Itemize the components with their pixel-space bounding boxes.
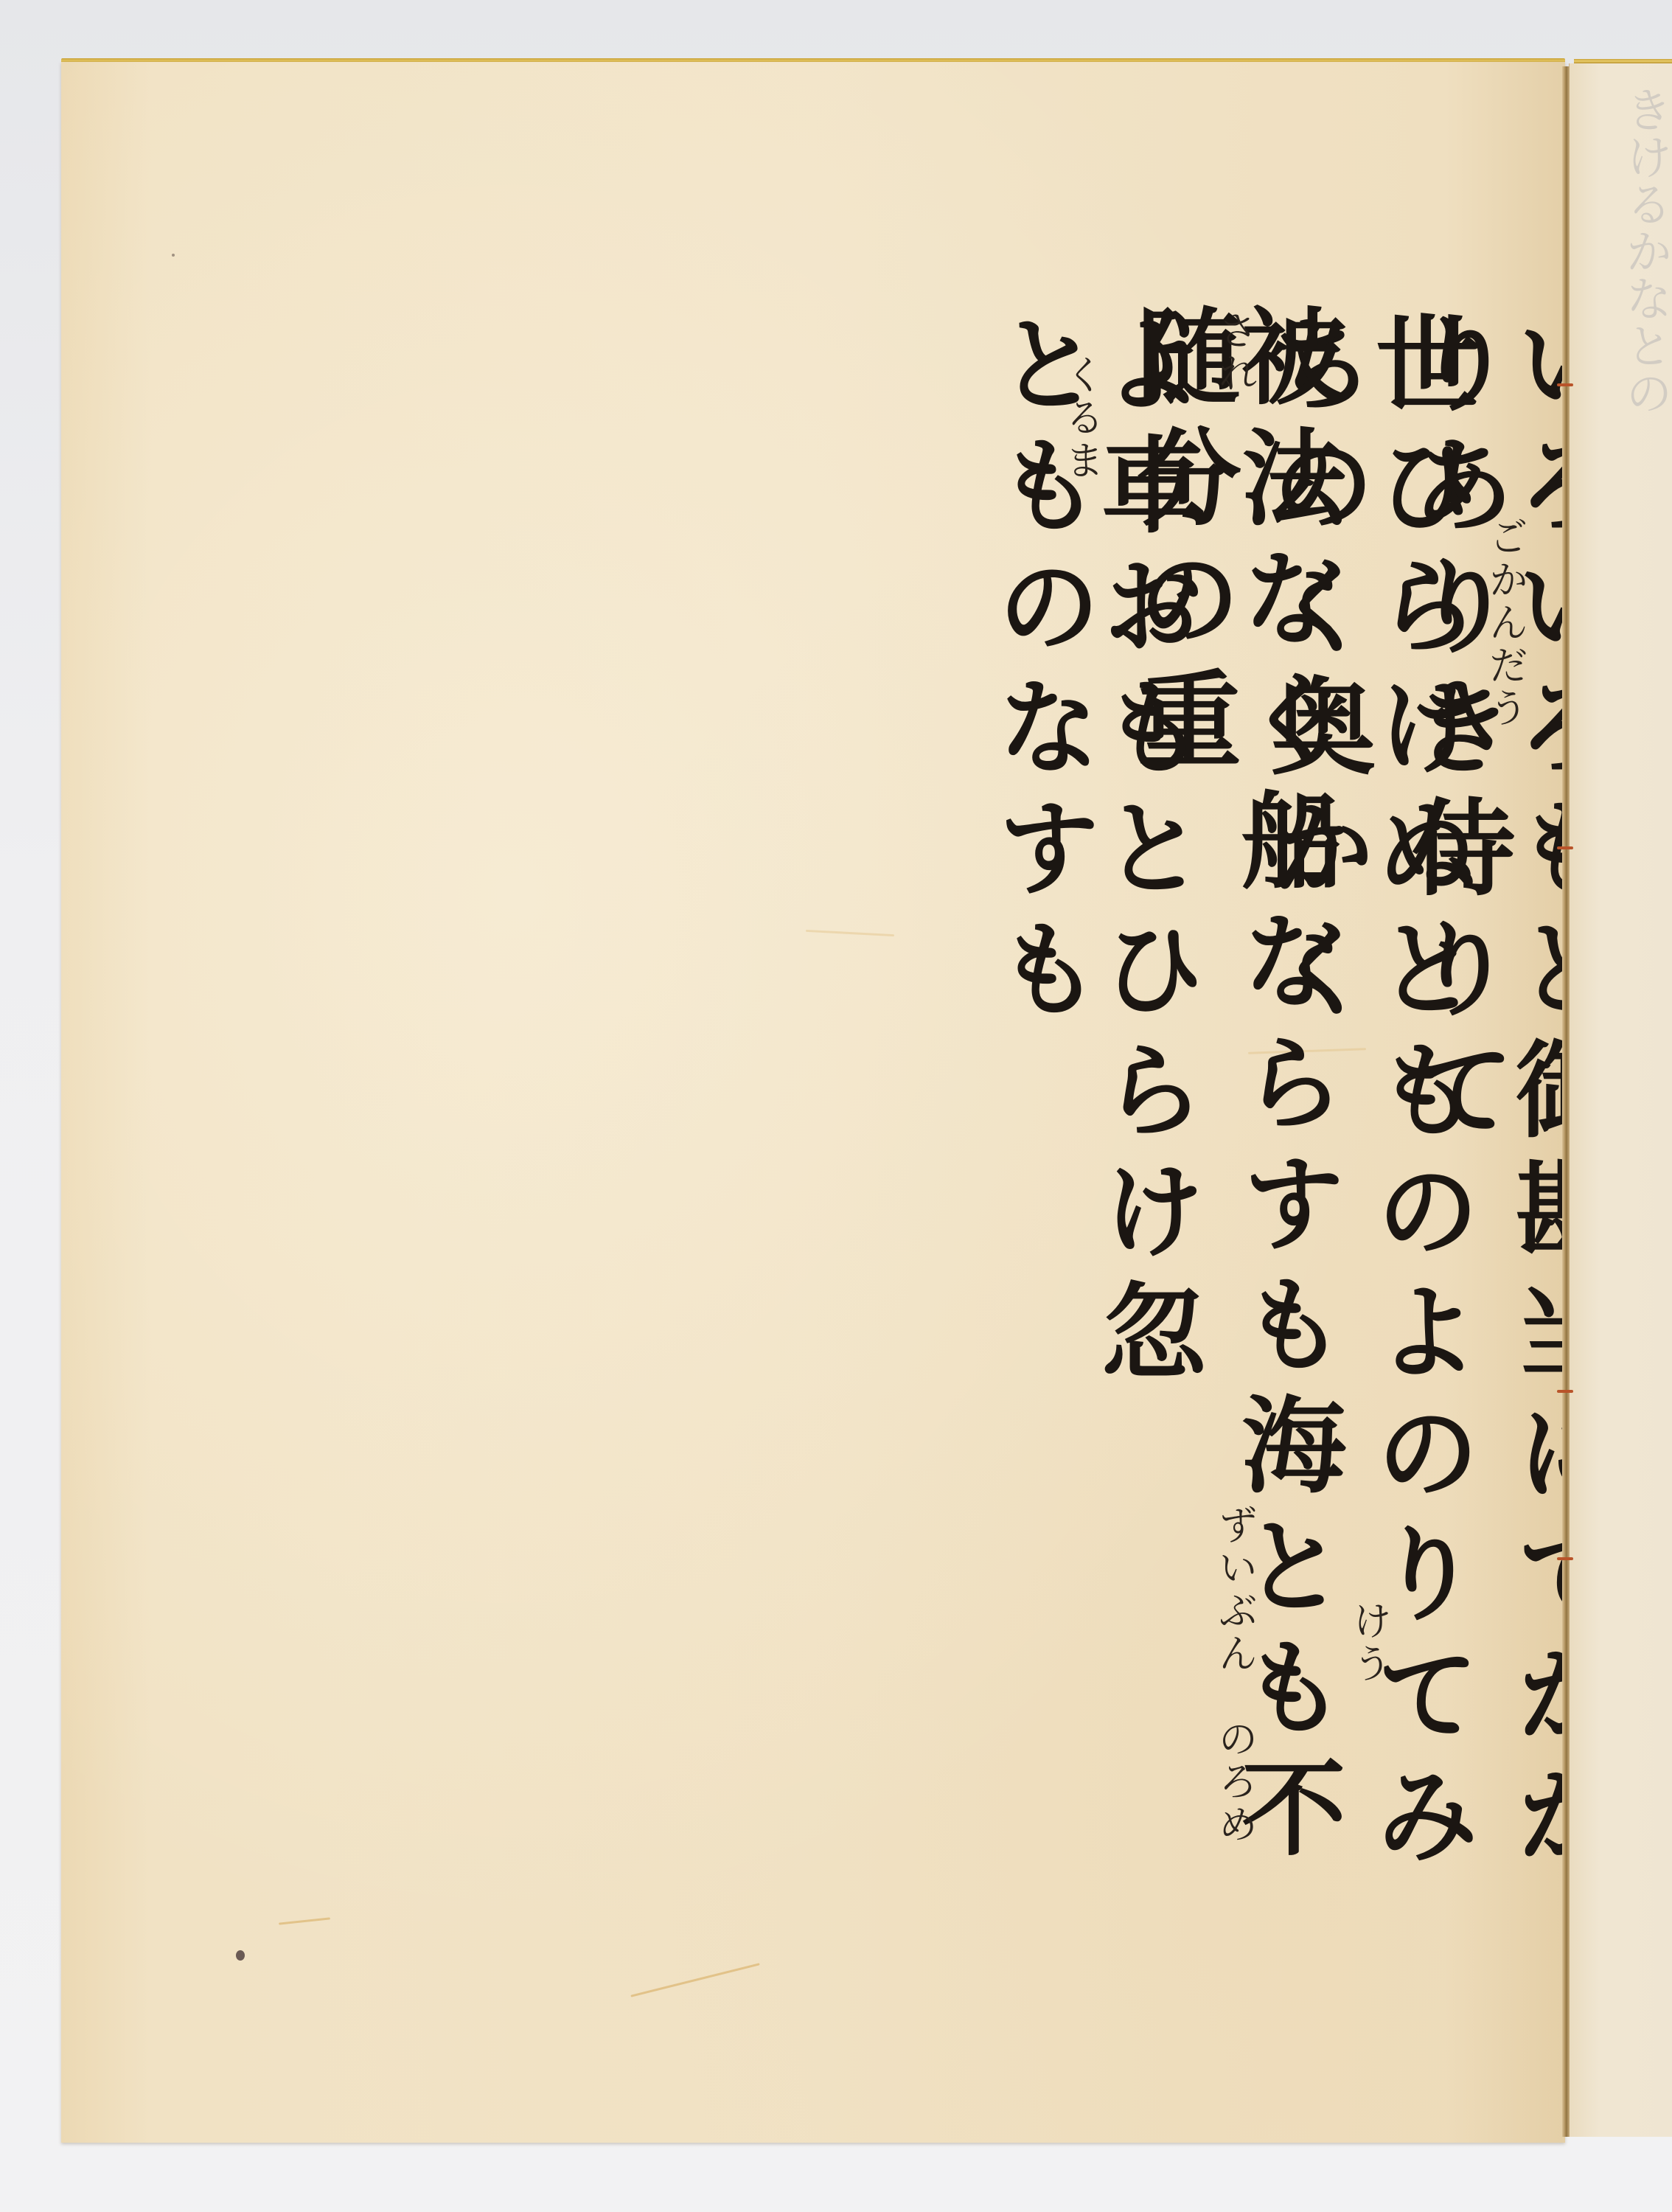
binding-thread-lower	[1557, 1390, 1573, 1393]
paper-speck	[172, 254, 175, 257]
ruby-column-3-norome: のろめ	[1215, 1718, 1255, 1846]
ruby-column-4-kuruma: くるま	[1062, 354, 1101, 482]
ruby-column-2-keu: けう	[1349, 1600, 1389, 1686]
paper-fiber	[279, 1917, 330, 1924]
ruby-column-3-sare: され	[1215, 310, 1255, 395]
ruby-column-3-zuibun: ずいぶん	[1215, 1504, 1255, 1675]
facing-page: きけるかなとの	[1569, 63, 1672, 2137]
text-column-4: よ車おもとひらけ忽とものなすも	[988, 310, 1197, 1489]
binding-thread-upper	[1557, 383, 1573, 386]
paper-fiber	[806, 930, 894, 936]
binding-thread-middle	[1557, 846, 1573, 849]
ink-speck	[236, 1950, 245, 1961]
facing-page-bleed-text: きけるかなとの	[1621, 86, 1668, 416]
ruby-column-1-gokandau: ごかんだう	[1485, 516, 1525, 730]
binding-gutter	[1562, 66, 1570, 2137]
paper-fiber	[630, 1963, 759, 1997]
binding-thread-bottom	[1557, 1557, 1573, 1560]
